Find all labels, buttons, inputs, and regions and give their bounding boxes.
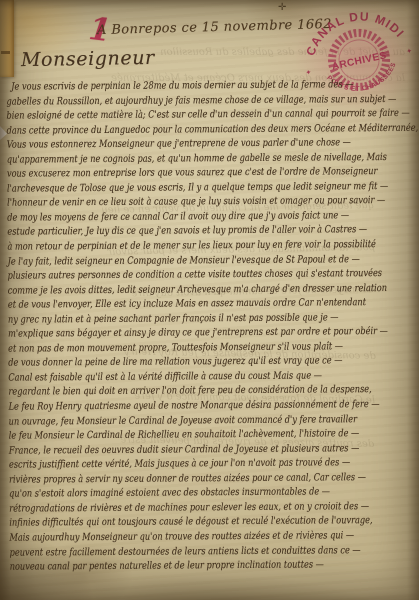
stamp-top-text: CANAL DU MIDI [297,0,409,60]
salutation: Monseigneur [21,47,155,71]
stamp-center-text: ARCHIVES [331,50,388,72]
stamp-star-left-icon: ✦ [305,68,313,77]
binding-tape [0,0,14,77]
manuscript-line: nouveau canal par pentes naturelles et d… [10,558,395,575]
stamp-star-right-icon: ✦ [406,47,414,56]
manuscript-page: au subjet de la ferme des gabelles du Ro… [0,0,419,600]
ink-mark-icon: ✛ [278,2,286,13]
letter-body: Je vous escrivis de perpinian le 28me du… [6,77,419,575]
svg-text:CANAL DU MIDI: CANAL DU MIDI [297,0,409,60]
